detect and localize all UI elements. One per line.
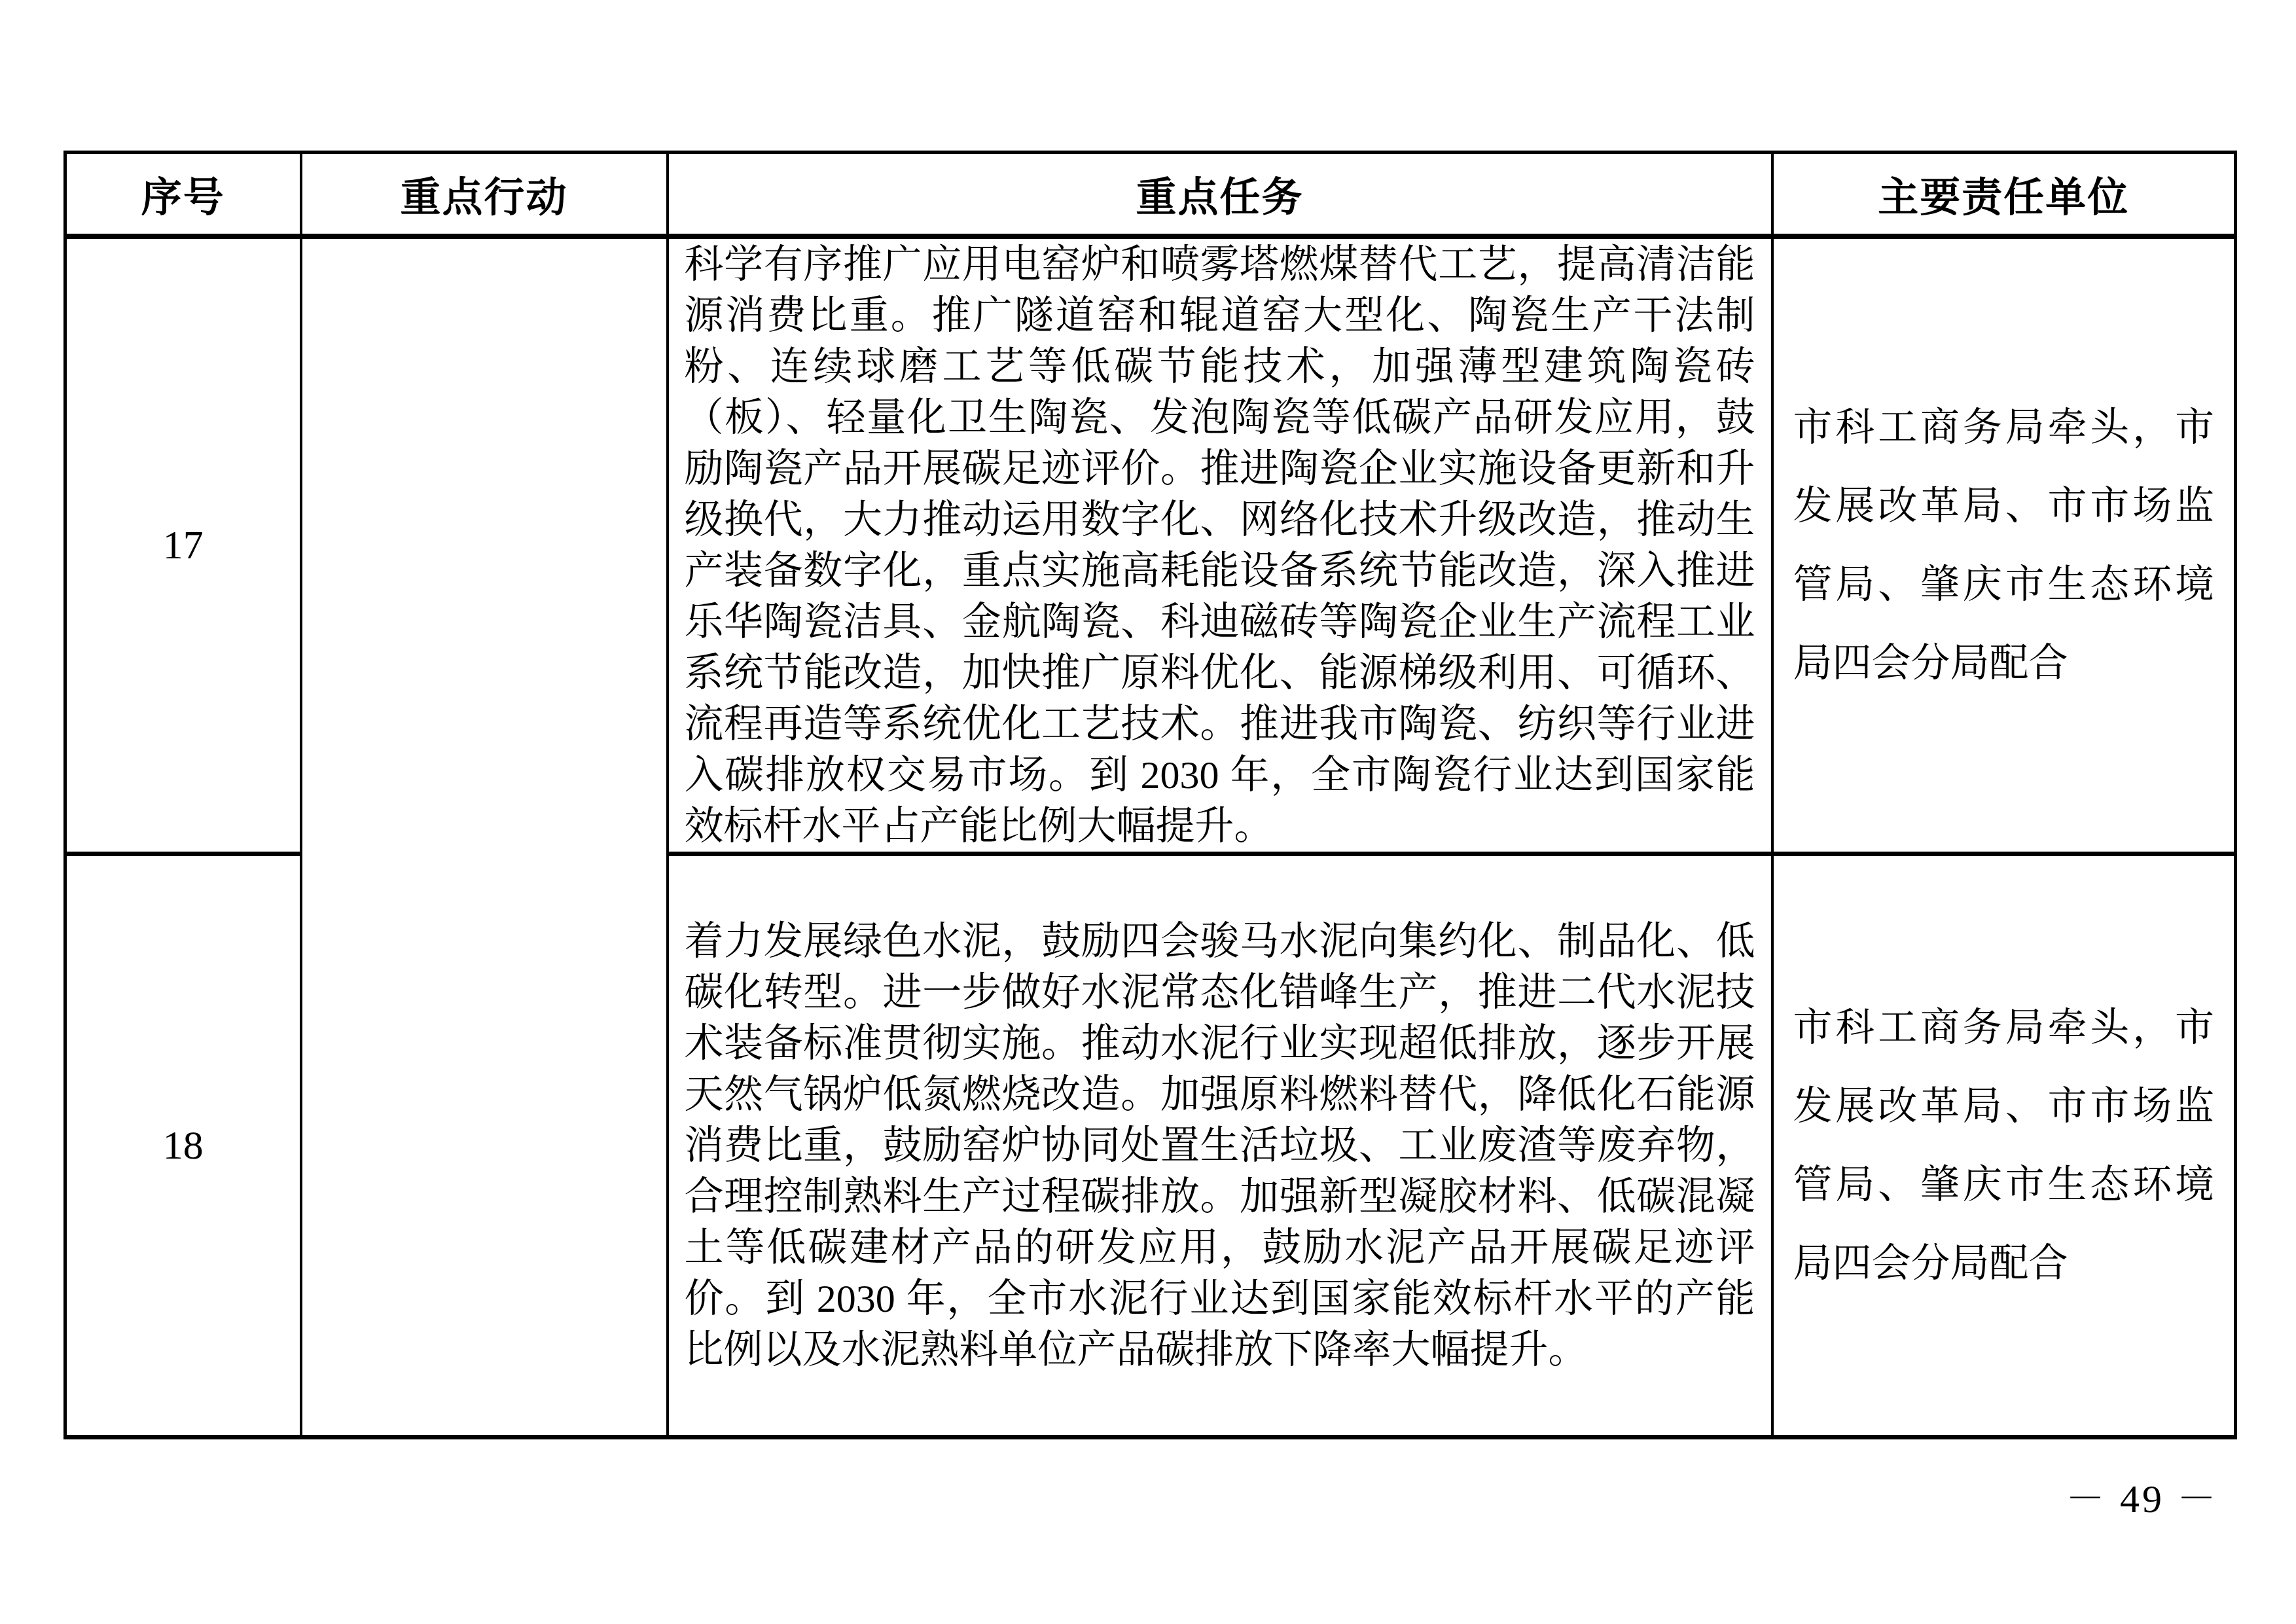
serial-cell-17: 17 (65, 236, 301, 854)
document-page: 序号 重点行动 重点任务 主要责任单位 17 科学有序推广应用电窑炉和喷雾塔燃煤… (0, 0, 2296, 1624)
header-key-task: 重点任务 (668, 153, 1772, 237)
header-responsible-unit: 主要责任单位 (1772, 153, 2236, 237)
key-task-cell-17: 科学有序推广应用电窑炉和喷雾塔燃煤替代工艺，提高清洁能源消费比重。推广隧道窑和辊… (668, 236, 1772, 854)
key-task-cell-18: 着力发展绿色水泥，鼓励四会骏马水泥向集约化、制品化、低碳化转型。进一步做好水泥常… (668, 854, 1772, 1437)
table-row-17: 17 科学有序推广应用电窑炉和喷雾塔燃煤替代工艺，提高清洁能源消费比重。推广隧道… (65, 236, 2236, 854)
responsible-unit-cell-18: 市科工商务局牵头，市发展改革局、市市场监管局、肇庆市生态环境局四会分局配合 (1772, 854, 2236, 1437)
key-action-merged-cell (301, 236, 668, 1437)
responsible-unit-cell-17: 市科工商务局牵头，市发展改革局、市市场监管局、肇庆市生态环境局四会分局配合 (1772, 236, 2236, 854)
header-key-action: 重点行动 (301, 153, 668, 237)
page-number: － 49 － (2066, 1468, 2219, 1524)
header-serial-number: 序号 (65, 153, 301, 237)
key-actions-table: 序号 重点行动 重点任务 主要责任单位 17 科学有序推广应用电窑炉和喷雾塔燃煤… (63, 151, 2237, 1439)
table-header-row: 序号 重点行动 重点任务 主要责任单位 (65, 153, 2236, 237)
serial-cell-18: 18 (65, 854, 301, 1437)
